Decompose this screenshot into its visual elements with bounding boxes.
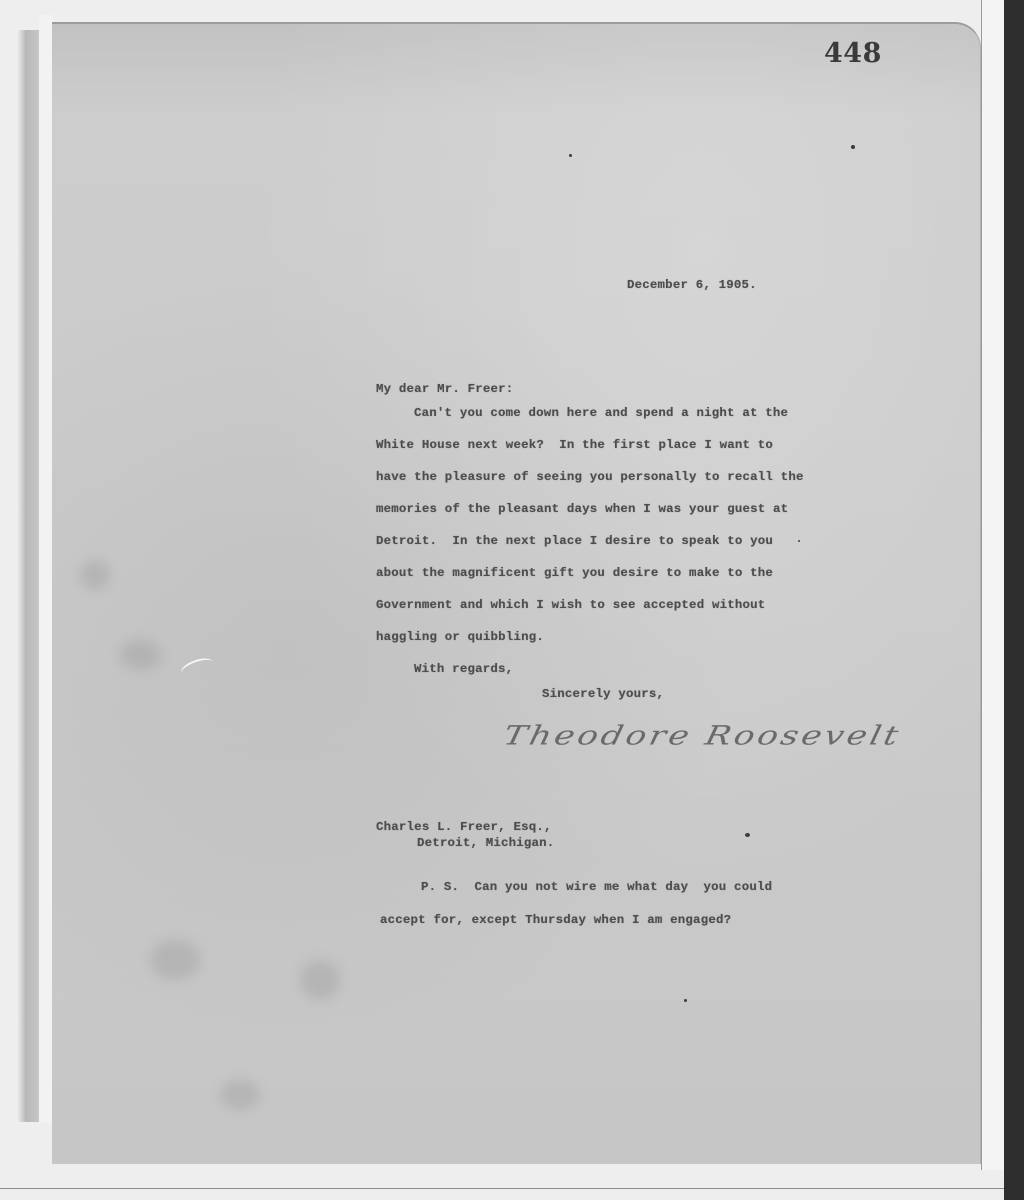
postscript-line: accept for, except Thursday when I am en… (380, 913, 731, 927)
recipient-name: Charles L. Freer, Esq., (376, 820, 552, 834)
ink-speck (569, 154, 572, 157)
letter-sheet (52, 22, 981, 1164)
body-line: have the pleasure of seeing you personal… (376, 470, 804, 484)
body-line: Can't you come down here and spend a nig… (414, 406, 788, 420)
page-number: 448 (824, 38, 882, 69)
body-line: about the magnificent gift you desire to… (376, 566, 773, 580)
paper-smudge (300, 960, 340, 1000)
right-margin-strip (981, 0, 1004, 1170)
underlying-sheet-edge (39, 15, 53, 1123)
salutation: My dear Mr. Freer: (376, 382, 513, 396)
body-line: memories of the pleasant days when I was… (376, 502, 788, 516)
body-line: Detroit. In the next place I desire to s… (376, 534, 773, 548)
closing: Sincerely yours, (542, 687, 664, 701)
bottom-rule (0, 1188, 1004, 1189)
paper-smudge (80, 560, 110, 590)
handwritten-signature: Theodore Roosevelt (501, 720, 904, 751)
ink-speck (798, 540, 800, 542)
ink-speck (684, 999, 687, 1002)
letter-date: December 6, 1905. (627, 278, 757, 292)
body-line: White House next week? In the first plac… (376, 438, 773, 452)
paper-smudge (150, 940, 200, 980)
regards-line: With regards, (414, 662, 513, 676)
body-line: Government and which I wish to see accep… (376, 598, 765, 612)
right-dark-band (1004, 0, 1024, 1200)
underlying-sheet-shadow (17, 30, 39, 1122)
body-line: haggling or quibbling. (376, 630, 544, 644)
ink-speck (851, 145, 855, 149)
postscript-line: P. S. Can you not wire me what day you c… (421, 880, 772, 894)
paper-smudge (120, 640, 160, 670)
paper-smudge (220, 1080, 260, 1110)
recipient-location: Detroit, Michigan. (417, 836, 554, 850)
ink-speck (745, 833, 750, 837)
